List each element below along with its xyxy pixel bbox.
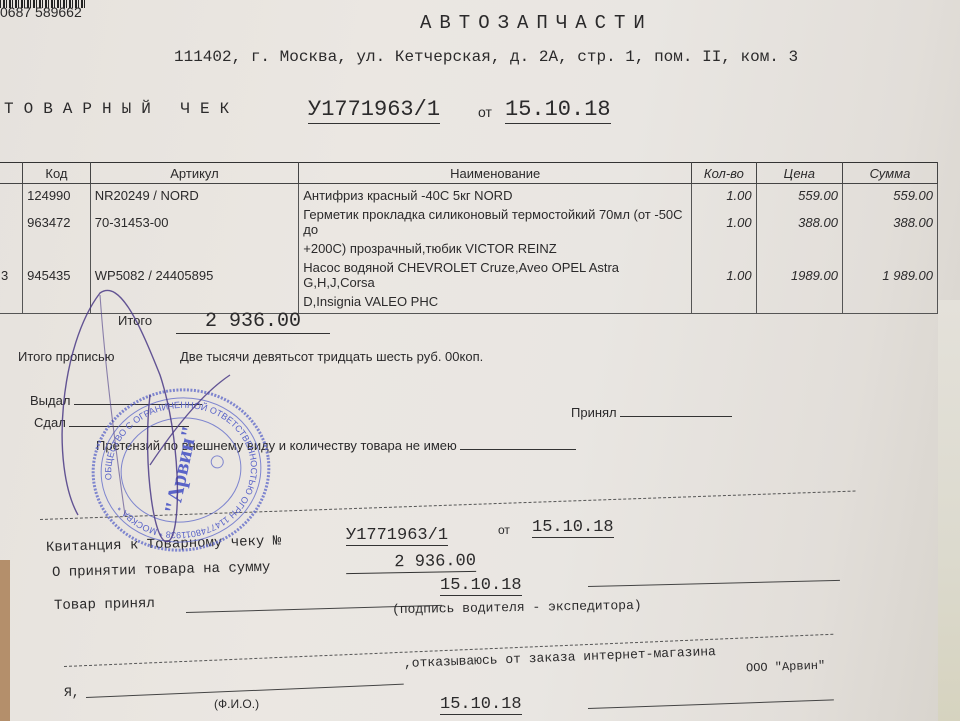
qty-cell: 1.00 [692, 207, 756, 237]
qty-cell: 1.00 [692, 260, 756, 290]
code-cell: 945435 [23, 260, 91, 290]
items-table: Код Артикул Наименование Кол-во Цена Сум… [0, 162, 938, 314]
price-cell: 388.00 [756, 207, 842, 237]
issued-signature-line [74, 392, 202, 405]
company-heading: АВТОЗАПЧАСТИ [420, 12, 653, 34]
barcode-number: 0687 589662 [0, 4, 82, 20]
sum-cell: 388.00 [842, 207, 937, 237]
name-cell: Антифриз красный -40С 5кг NORD [299, 184, 692, 208]
index-cell: 3 [0, 260, 23, 290]
sum-cell: 1 989.00 [842, 260, 937, 290]
article-cell: NR20249 / NORD [90, 184, 298, 208]
accept-sum-value: 2 936.00 [346, 552, 476, 574]
refusal-date: 15.10.18 [440, 695, 522, 715]
receipt-date-prefix: от [498, 523, 510, 537]
no-claims-text: Претензий по внешнему виду и количеству … [96, 438, 457, 453]
handed-by-field: Сдал [34, 414, 189, 430]
total-value: 2 936.00 [176, 310, 330, 334]
refusal-company: ООО "Арвин" [746, 659, 826, 676]
total-label: Итого [118, 313, 152, 328]
date-prefix: от [478, 104, 492, 120]
handed-label: Сдал [34, 415, 66, 430]
paper-fold-edge [938, 300, 960, 721]
price-cell [756, 237, 842, 260]
no-claims-signature-line [460, 437, 576, 450]
document-number: У1771963/1 [308, 97, 440, 124]
code-cell [23, 237, 91, 260]
sum-cell: 559.00 [842, 184, 937, 208]
issued-label: Выдал [30, 393, 70, 408]
table-header-row: Код Артикул Наименование Кол-во Цена Сум… [0, 163, 938, 184]
refusal-prefix: Я, [64, 685, 80, 700]
table-row: 124990NR20249 / NORDАнтифриз красный -40… [0, 184, 938, 208]
code-cell: 124990 [23, 184, 91, 208]
table-row: +200С) прозрачный,тюбик VICTOR REINZ [0, 237, 938, 260]
receipt-date: 15.10.18 [532, 518, 614, 538]
accepted-by-field: Принял [571, 404, 732, 420]
total-in-words: Две тысячи девятьсот тридцать шесть руб.… [180, 349, 483, 364]
price-cell: 559.00 [756, 184, 842, 208]
index-cell [0, 207, 23, 237]
receipt-number: У1771963/1 [346, 526, 448, 546]
handed-signature-line [69, 414, 189, 427]
table-row: 3945435WP5082 / 24405895Насос водяной CH… [0, 260, 938, 290]
qty-cell [692, 290, 756, 314]
name-cell: Насос водяной CHEVROLET Cruze,Aveo OPEL … [299, 260, 692, 290]
name-cell: D,Insignia VALEO PHC [299, 290, 692, 314]
index-cell [0, 290, 23, 314]
issued-by-field: Выдал [30, 392, 202, 408]
name-cell: Герметик прокладка силиконовый термостой… [299, 207, 692, 237]
column-price: Цена [756, 163, 842, 184]
column-index [0, 163, 23, 184]
index-cell [0, 237, 23, 260]
company-address: 111402, г. Москва, ул. Кетчерская, д. 2А… [174, 48, 798, 66]
column-article: Артикул [90, 163, 298, 184]
sum-cell [842, 290, 937, 314]
article-cell: 70-31453-00 [90, 207, 298, 237]
price-cell: 1989.00 [756, 260, 842, 290]
accepted-label: Принял [571, 405, 617, 420]
goods-accepted-label: Товар принял [54, 596, 155, 614]
column-code: Код [23, 163, 91, 184]
qty-cell: 1.00 [692, 184, 756, 208]
table-row: D,Insignia VALEO PHC [0, 290, 938, 314]
article-cell: WP5082 / 24405895 [90, 260, 298, 290]
total-in-words-label: Итого прописью [18, 349, 115, 364]
goods-accepted-date: 15.10.18 [440, 576, 522, 596]
document-date: 15.10.18 [505, 97, 611, 124]
column-sum: Сумма [842, 163, 937, 184]
fio-caption: (Ф.И.О.) [214, 697, 259, 711]
article-cell [90, 237, 298, 260]
index-cell [0, 184, 23, 208]
column-name: Наименование [299, 163, 692, 184]
code-cell [23, 290, 91, 314]
table-row: 96347270-31453-00Герметик прокладка сили… [0, 207, 938, 237]
code-cell: 963472 [23, 207, 91, 237]
sum-cell [842, 237, 937, 260]
name-cell: +200С) прозрачный,тюбик VICTOR REINZ [299, 237, 692, 260]
qty-cell [692, 237, 756, 260]
no-claims-field: Претензий по внешнему виду и количеству … [96, 437, 576, 453]
background-table-edge [0, 560, 10, 721]
document-title: ТОВАРНЫЙ ЧЕК [4, 100, 239, 118]
accepted-signature-line [620, 404, 732, 417]
column-qty: Кол-во [692, 163, 756, 184]
price-cell [756, 290, 842, 314]
